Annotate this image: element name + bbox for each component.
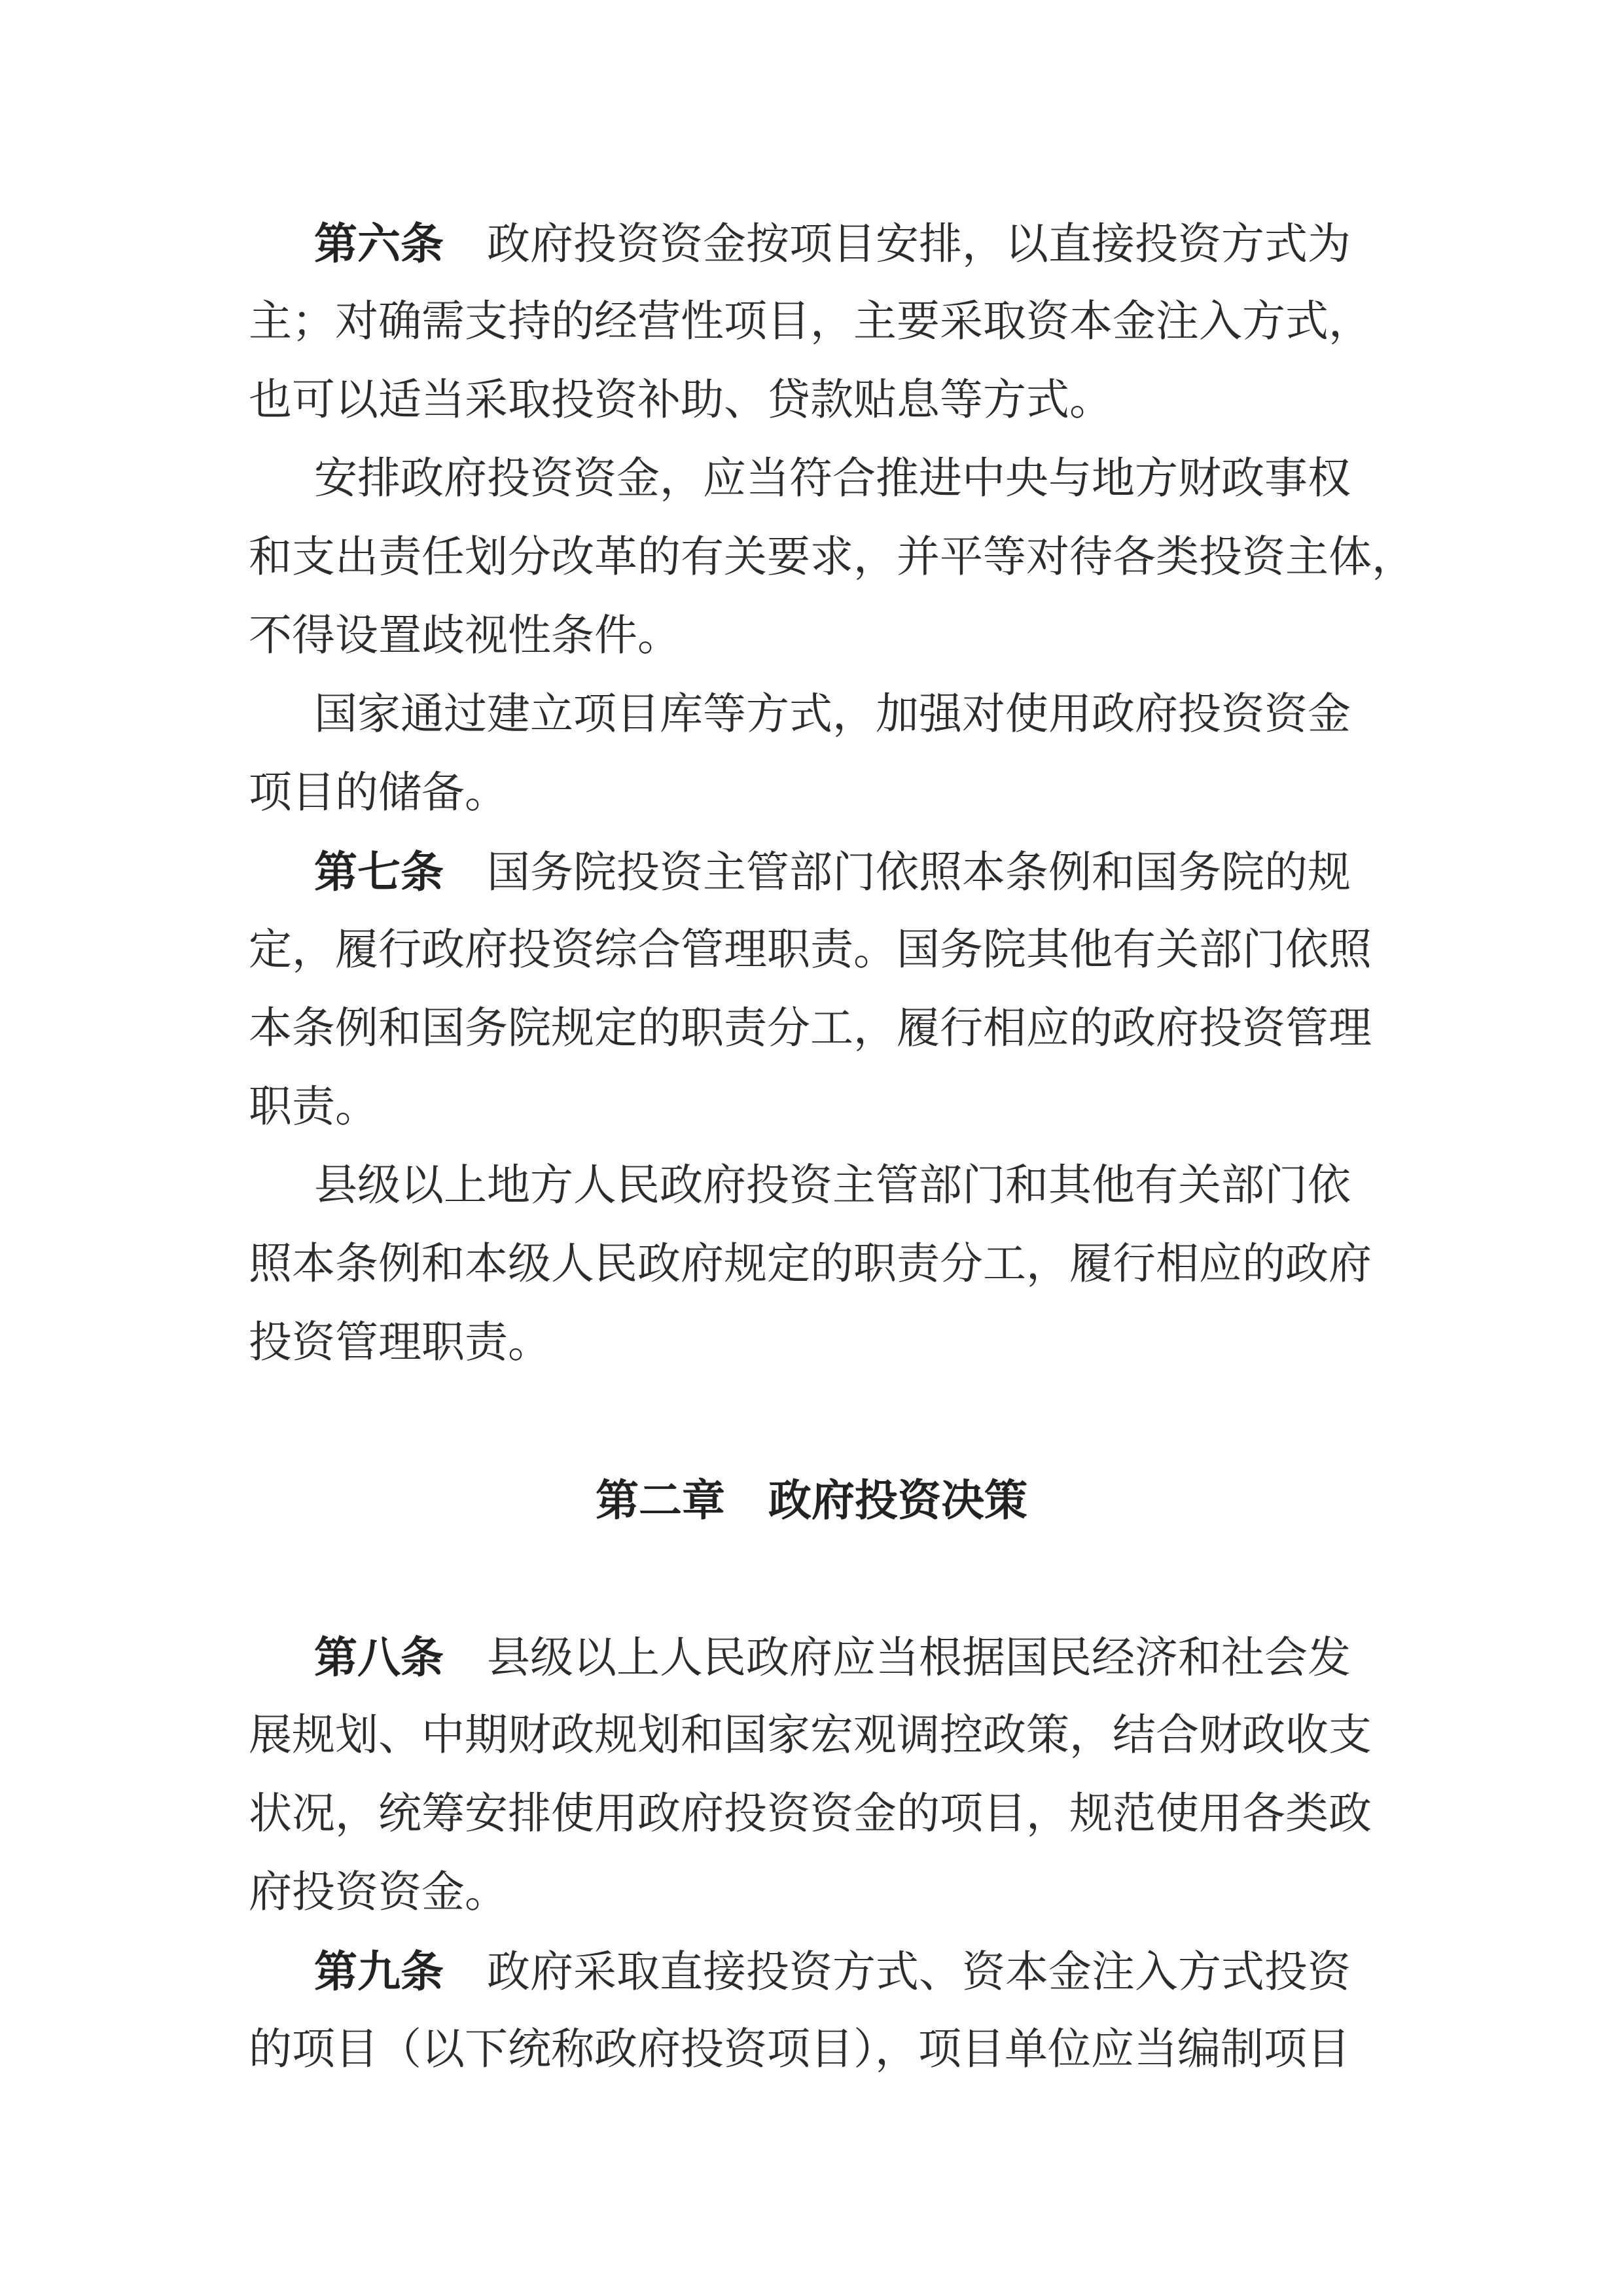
text-segment: 照本条例和本级人民政府规定的职责分工，履行相应的政府 — [249, 1240, 1372, 1288]
text-segment: 县级以上地方人民政府投资主管部门和其他有关部门依 — [314, 1162, 1351, 1210]
article-number-label: 第九条 — [314, 1947, 444, 1996]
body-text-line: 的项目（以下统称政府投资项目），项目单位应当编制项目 — [249, 2011, 1374, 2089]
article-number-label: 第八条 — [314, 1633, 444, 1681]
body-text-line: 展规划、中期财政规划和国家宏观调控政策，结合财政收支 — [249, 1696, 1374, 1775]
body-text-line: 照本条例和本级人民政府规定的职责分工，履行相应的政府 — [249, 1225, 1374, 1304]
body-text-line: 状况，统筹安排使用政府投资资金的项目，规范使用各类政 — [249, 1775, 1374, 1854]
text-segment: 职责。 — [249, 1083, 378, 1131]
body-text-line: 职责。 — [249, 1068, 1374, 1147]
body-text-line: 项目的储备。 — [249, 754, 1374, 833]
text-segment: 国家通过建立项目库等方式，加强对使用政府投资资金 — [314, 691, 1351, 738]
text-segment: 县级以上人民政府应当根据国民经济和社会发 — [444, 1634, 1351, 1682]
body-text-line: 第七条 国务院投资主管部门依照本条例和国务院的规 — [249, 833, 1374, 911]
text-segment: 和支出责任划分改革的有关要求，并平等对待各类投资主体， — [249, 533, 1415, 581]
body-text-line: 国家通过建立项目库等方式，加强对使用政府投资资金 — [249, 675, 1374, 754]
text-segment: 政府采取直接投资方式、资本金注入方式投资 — [444, 1948, 1351, 1996]
page: { "page": { "background_color": "#ffffff… — [0, 0, 1623, 2296]
text-segment: 投资管理职责。 — [249, 1319, 551, 1367]
article-number-label: 第六条 — [314, 219, 444, 268]
text-segment: 国务院投资主管部门依照本条例和国务院的规 — [444, 849, 1351, 897]
text-segment: 安排政府投资资金，应当符合推进中央与地方财政事权 — [314, 455, 1351, 503]
text-segment: 府投资资金。 — [249, 1869, 508, 1916]
text-segment: 状况，统筹安排使用政府投资资金的项目，规范使用各类政 — [249, 1790, 1372, 1838]
body-text-line: 和支出责任划分改革的有关要求，并平等对待各类投资主体， — [249, 518, 1374, 597]
body-text-line: 第八条 县级以上人民政府应当根据国民经济和社会发 — [249, 1618, 1374, 1696]
text-segment: 定，履行政府投资综合管理职责。国务院其他有关部门依照 — [249, 926, 1372, 974]
text-segment: 政府投资资金按项目安排，以直接投资方式为 — [444, 221, 1351, 268]
text-segment: 不得设置歧视性条件。 — [249, 612, 681, 660]
body-text-line: 府投资资金。 — [249, 1854, 1374, 1932]
text-segment: 本条例和国务院规定的职责分工，履行相应的政府投资管理 — [249, 1005, 1372, 1052]
blank-line — [249, 1382, 1374, 1461]
document-body: 第六条 政府投资资金按项目安排，以直接投资方式为主；对确需支持的经营性项目，主要… — [249, 204, 1374, 2089]
body-text-line: 主；对确需支持的经营性项目，主要采取资本金注入方式， — [249, 283, 1374, 361]
body-text-line: 第六条 政府投资资金按项目安排，以直接投资方式为 — [249, 204, 1374, 283]
body-text-line: 第九条 政府采取直接投资方式、资本金注入方式投资 — [249, 1932, 1374, 2011]
body-text-line: 不得设置歧视性条件。 — [249, 597, 1374, 675]
blank-line — [249, 1539, 1374, 1618]
body-text-line: 安排政府投资资金，应当符合推进中央与地方财政事权 — [249, 440, 1374, 518]
body-text-line: 投资管理职责。 — [249, 1304, 1374, 1382]
chapter-heading: 第二章 政府投资决策 — [249, 1461, 1374, 1539]
text-segment: 也可以适当采取投资补助、贷款贴息等方式。 — [249, 376, 1113, 424]
text-segment: 项目的储备。 — [249, 769, 508, 817]
body-text-line: 县级以上地方人民政府投资主管部门和其他有关部门依 — [249, 1147, 1374, 1225]
body-text-line: 定，履行政府投资综合管理职责。国务院其他有关部门依照 — [249, 911, 1374, 990]
text-segment: 的项目（以下统称政府投资项目），项目单位应当编制项目 — [249, 2026, 1350, 2073]
body-text-line: 也可以适当采取投资补助、贷款贴息等方式。 — [249, 361, 1374, 440]
chapter-heading-text: 第二章 政府投资决策 — [596, 1476, 1027, 1524]
text-segment: 主；对确需支持的经营性项目，主要采取资本金注入方式， — [249, 298, 1372, 346]
body-text-line: 本条例和国务院规定的职责分工，履行相应的政府投资管理 — [249, 990, 1374, 1068]
article-number-label: 第七条 — [314, 848, 444, 896]
text-segment: 展规划、中期财政规划和国家宏观调控政策，结合财政收支 — [249, 1712, 1372, 1759]
